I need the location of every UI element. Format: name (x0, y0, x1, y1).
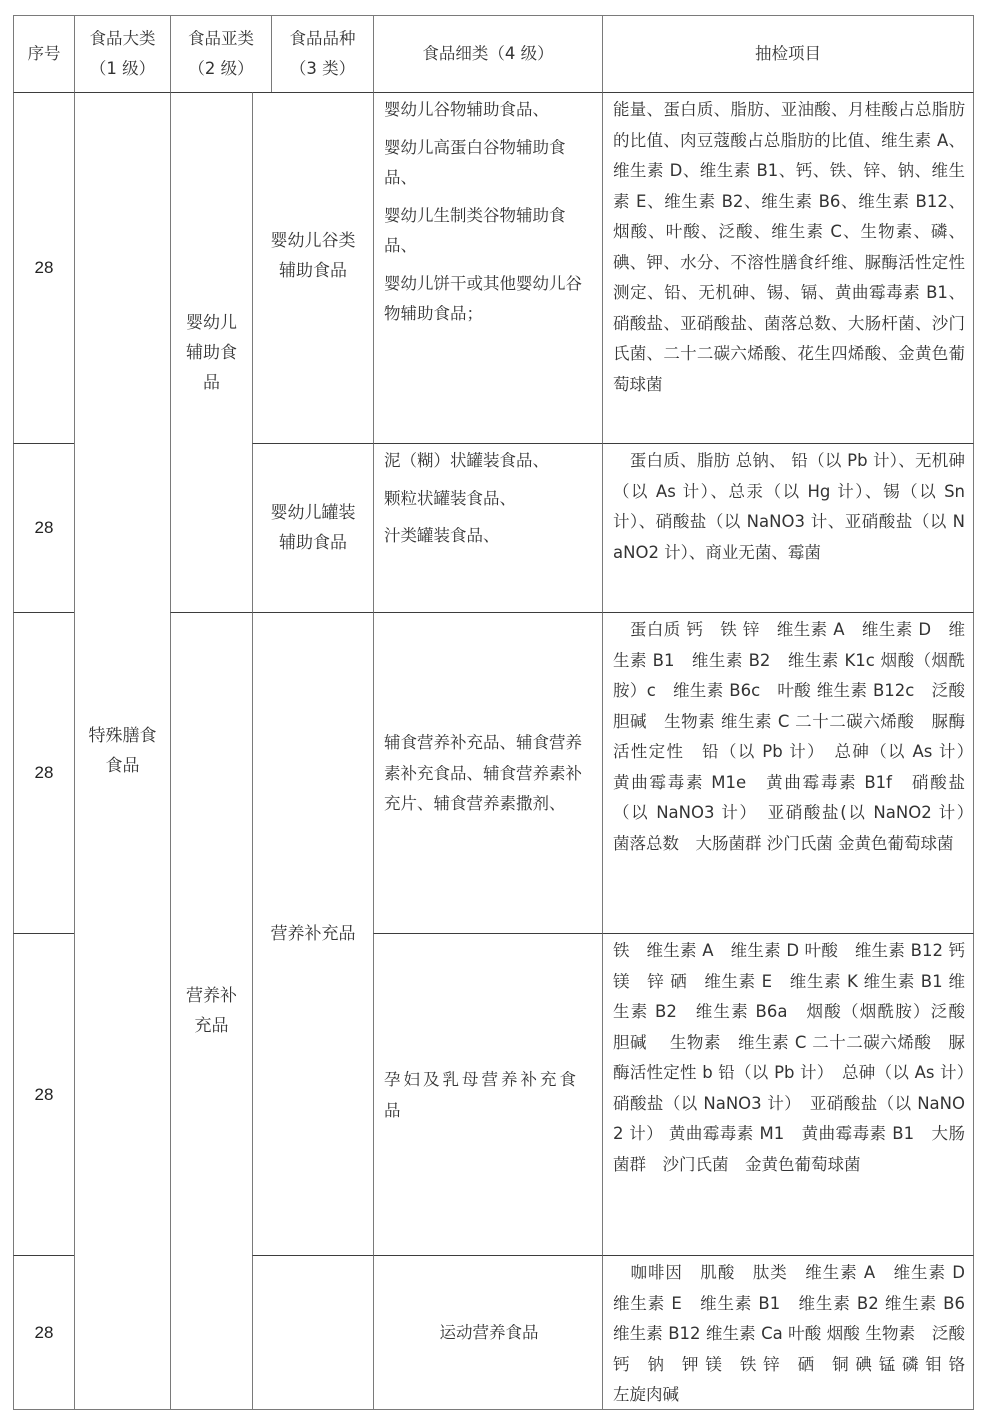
seq-number: 28 (35, 1085, 54, 1105)
level2-label-line: 婴幼儿 (186, 308, 237, 338)
header-seq: 序号 (13, 15, 75, 93)
level4-item: 婴幼儿谷物辅助食品、 (384, 95, 549, 126)
row-1-seq: 28 (13, 92, 75, 444)
level4-item: 辅食营养补充品、辅食营养素补充食品、辅食营养素补充片、辅食营养素撒剂、 (384, 728, 594, 820)
row-3-seq: 28 (13, 612, 75, 934)
level4-item: 婴幼儿高蛋白谷物辅助食品、 (384, 133, 594, 194)
level2-label-line: 辅助食 (186, 338, 237, 368)
level3-label-line: 辅助食品 (279, 528, 347, 558)
level4-item: 泥（糊）状罐装食品、 (384, 446, 549, 477)
row-4-level4: 孕妇及乳母营养补充食品 (373, 933, 603, 1256)
header-level2-line1: 食品亚类 (188, 24, 254, 54)
inspection-items-text: 铁 维生素 A 维生素 D 叶酸 维生素 B12 钙 镁 锌 硒 维生素 E 维… (613, 936, 965, 1180)
header-items-label: 抽检项目 (755, 39, 821, 69)
inspection-items-text: 能量、蛋白质、脂肪、亚油酸、月桂酸占总脂肪的比值、肉豆蔻酸占总脂肪的比值、维生素… (613, 95, 965, 400)
row-3-level4: 辅食营养补充品、辅食营养素补充食品、辅食营养素补充片、辅食营养素撒剂、 (373, 612, 603, 934)
row-1-items: 能量、蛋白质、脂肪、亚油酸、月桂酸占总脂肪的比值、肉豆蔻酸占总脂肪的比值、维生素… (602, 92, 974, 444)
header-level3-line2: （3 类） (290, 54, 355, 84)
row-4-items: 铁 维生素 A 维生素 D 叶酸 维生素 B12 钙 镁 锌 硒 维生素 E 维… (602, 933, 974, 1256)
level1-category-line2: 食品 (106, 751, 140, 781)
level4-item: 婴幼儿饼干或其他婴幼儿谷物辅助食品； (384, 269, 594, 330)
header-level4: 食品细类（4 级） (373, 15, 603, 93)
seq-number: 28 (35, 763, 54, 783)
seq-number: 28 (35, 258, 54, 278)
header-level2: 食品亚类 （2 级） (170, 15, 272, 93)
header-level1-line1: 食品大类 (90, 24, 156, 54)
level3-label-line: 婴幼儿罐装 (271, 498, 356, 528)
header-items: 抽检项目 (602, 15, 974, 93)
row-2-items: 蛋白质、脂肪 总钠、 铅（以 Pb 计）、无机砷（以 As 计）、总汞（以 Hg… (602, 443, 974, 613)
level4-item: 颗粒状罐装食品、 (384, 484, 516, 515)
level3-label-line: 婴幼儿谷类 (271, 226, 356, 256)
row-1-level4: 婴幼儿谷物辅助食品、 婴幼儿高蛋白谷物辅助食品、 婴幼儿生制类谷物辅助食品、 婴… (373, 92, 603, 444)
header-level4-label: 食品细类（4 级） (422, 39, 553, 69)
level1-category-cell: 特殊膳食 食品 (74, 92, 171, 1410)
header-level1: 食品大类 （1 级） (74, 15, 171, 93)
header-level3-line1: 食品品种 (290, 24, 356, 54)
header-level2-line2: （2 级） (188, 54, 253, 84)
level4-item: 婴幼儿生制类谷物辅助食品、 (384, 201, 594, 262)
level2-label-line: 营养补 (186, 981, 237, 1011)
row-3-items: 蛋白质 钙 铁 锌 维生素 A 维生素 D 维生素 B1 维生素 B2 维生素 … (602, 612, 974, 934)
level4-item: 汁类罐装食品、 (384, 521, 500, 552)
row-5-items: 咖啡因 肌酸 肽类 维生素 A 维生素 D 维生素 E 维生素 B1 维生素 B… (602, 1255, 974, 1410)
level3-category-nutrition-supplement: 营养补充品 (252, 612, 374, 1256)
level2-category-infant: 婴幼儿 辅助食 品 (170, 92, 253, 613)
level4-item: 孕妇及乳母营养补充食品 (384, 1065, 594, 1126)
inspection-table: 序号 食品大类 （1 级） 食品亚类 （2 级） 食品品种 （3 类） 食品细类… (0, 0, 989, 1417)
level2-label-line: 品 (203, 368, 220, 398)
header-level1-line2: （1 级） (90, 54, 155, 84)
row-5-level4: 运动营养食品 (373, 1255, 603, 1410)
header-level3: 食品品种 （3 类） (271, 15, 374, 93)
level2-label-line: 充品 (195, 1011, 229, 1041)
inspection-items-text: 蛋白质 钙 铁 锌 维生素 A 维生素 D 维生素 B1 维生素 B2 维生素 … (613, 615, 965, 859)
level3-label-line: 营养补充品 (271, 919, 356, 949)
seq-number: 28 (35, 518, 54, 538)
level1-category-line1: 特殊膳食 (89, 721, 157, 751)
row-4-seq: 28 (13, 933, 75, 1256)
row-5-seq: 28 (13, 1255, 75, 1410)
level3-category-canned: 婴幼儿罐装 辅助食品 (252, 443, 374, 613)
level3-category-cereal: 婴幼儿谷类 辅助食品 (252, 92, 374, 444)
level4-item: 运动营养食品 (440, 1318, 539, 1349)
level3-label-line: 辅助食品 (279, 256, 347, 286)
row-2-level4: 泥（糊）状罐装食品、 颗粒状罐装食品、 汁类罐装食品、 (373, 443, 603, 613)
level3-category-empty (252, 1255, 374, 1410)
inspection-items-text: 咖啡因 肌酸 肽类 维生素 A 维生素 D 维生素 E 维生素 B1 维生素 B… (613, 1258, 965, 1410)
level2-category-supplement: 营养补 充品 (170, 612, 253, 1410)
header-seq-label: 序号 (28, 39, 61, 69)
inspection-items-text: 蛋白质、脂肪 总钠、 铅（以 Pb 计）、无机砷（以 As 计）、总汞（以 Hg… (613, 446, 965, 568)
row-2-seq: 28 (13, 443, 75, 613)
seq-number: 28 (35, 1323, 54, 1343)
